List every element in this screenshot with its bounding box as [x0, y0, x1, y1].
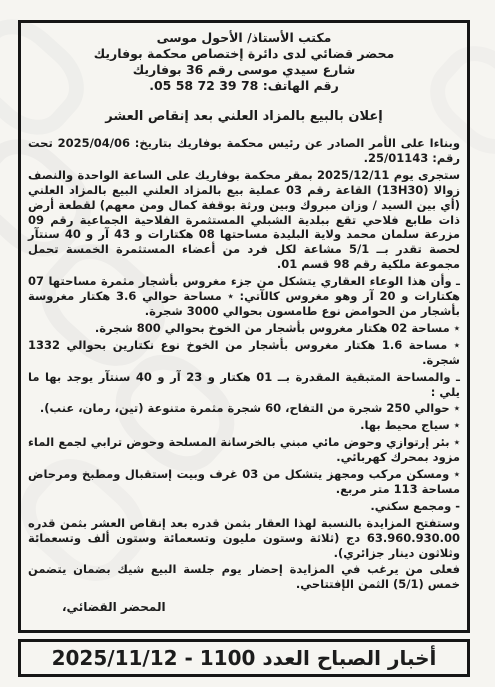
phone-label: رقم الهاتف:	[258, 78, 338, 93]
scanned-ad-page: مكتب الأستاذ/ الأحول موسى محضر قضائي لدى…	[0, 0, 495, 687]
office-name: مكتب الأستاذ/ الأحول موسى	[28, 30, 460, 46]
office-phone-line: رقم الهاتف: 05 58 72 39 78.	[28, 78, 460, 94]
footer-banner-text: أخبار الصباح العدد 1100 - 2025/11/12	[52, 646, 437, 670]
remaining-area-paragraph: ـ والمساحة المتبقية المقدرة بــ 01 هكتار…	[28, 370, 460, 400]
office-address: شارع سيدي موسى رقم 36 بوفاريك	[28, 62, 460, 78]
office-header: مكتب الأستاذ/ الأحول موسى محضر قضائي لدى…	[28, 30, 460, 94]
court-order-paragraph: وبناءا على الأمر الصادر عن رئيس محكمة بو…	[28, 136, 460, 166]
bullet-house: ٭ ومسكن مركب ومجهز يتشكل من 03 غرف وبيت …	[28, 467, 460, 497]
phone-number: 05 58 72 39 78	[154, 78, 258, 93]
bullet-fence: ٭ سياج محيط بها.	[28, 418, 460, 433]
bullet-nectarine-area: ٭ مساحة 1.6 هكتار مغروس بأشجار من الخوخ …	[28, 338, 460, 368]
bullet-residential-complex: - ومجمع سكني.	[28, 499, 460, 514]
opening-price-paragraph: وستفتح المزايدة بالنسبة لهذا العقار بثمن…	[28, 516, 460, 561]
office-role: محضر قضائي لدى دائرة إختصاص محكمة بوفاري…	[28, 46, 460, 62]
signature: المحضر القضائي،	[28, 600, 460, 614]
auction-session-paragraph: ستجرى يوم 2025/12/11 بمقر محكمة بوفاريك …	[28, 168, 460, 272]
deposit-requirement-paragraph: فعلى من يرغب في المزايدة إحضار يوم جلسة …	[28, 562, 460, 592]
bullet-apple-trees: ٭ حوالي 250 شجرة من التفاح، 60 شجرة مثمر…	[28, 401, 460, 416]
newspaper-footer-banner: أخبار الصباح العدد 1100 - 2025/11/12	[18, 639, 470, 677]
planted-area-paragraph: ـ وأن هذا الوعاء العقاري يتشكل من جزء مغ…	[28, 274, 460, 319]
bullet-artesian-well: ٭ بئر إرتوازي وحوض مائي مبني بالخرسانة ا…	[28, 435, 460, 465]
announcement-box: مكتب الأستاذ/ الأحول موسى محضر قضائي لدى…	[18, 20, 470, 633]
bullet-peach-area: ٭ مساحة 02 هكتار مغروس بأشجار من الخوخ ب…	[28, 321, 460, 336]
announcement-title: إعلان بالبيع بالمزاد العلني بعد إنقاص ال…	[28, 109, 460, 124]
